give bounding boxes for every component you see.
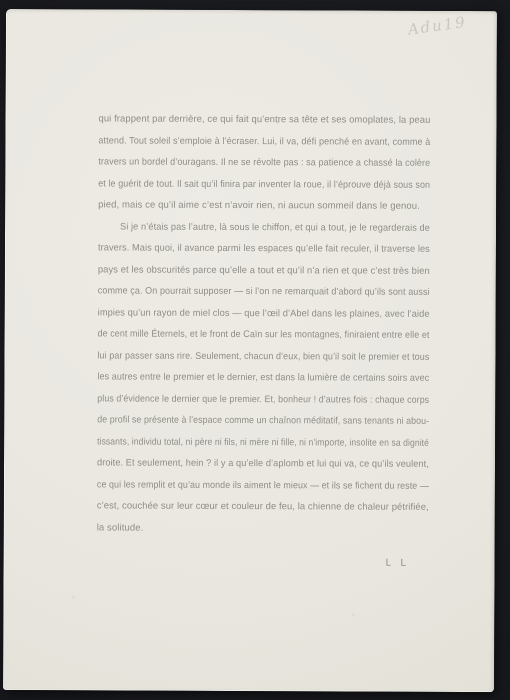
text-line: plus d’évidence le dernier que le premie… xyxy=(97,388,429,411)
text-line: lui par passer sans rire. Seulement, cha… xyxy=(97,345,429,368)
text-line: pays et les obscurités parce qu’elle a t… xyxy=(98,259,430,282)
text-line: impies qu’un rayon de miel clos — que l’… xyxy=(98,302,430,325)
text-line: travers un bordel d’ouragans. Il ne se r… xyxy=(98,151,430,174)
text-line: la solitude. xyxy=(97,517,429,540)
handwritten-annotation: Adu19 xyxy=(407,13,468,39)
text-line: de cent mille Éternels, et le front de C… xyxy=(98,323,430,346)
text-line: pied, mais ce qu’il aime c’est n’avoir r… xyxy=(98,194,430,217)
text-line: Si je n’étais pas l’autre, là sous le ch… xyxy=(98,216,430,239)
text-line: comme ça. On pourrait supposer — si l’on… xyxy=(98,280,430,303)
signature-initials: L L xyxy=(386,558,407,569)
text-line: travers. Mais quoi, il avance parmi les … xyxy=(98,237,430,260)
text-line: attend. Tout soleil s’emploie à l’écrase… xyxy=(98,130,430,153)
text-line: qui frappent par derrière, ce qui fait q… xyxy=(98,108,430,131)
text-line: ce qui les remplit et qu’au monde ils ai… xyxy=(97,474,429,497)
text-line: tissants, individu total, ni père ni fil… xyxy=(97,431,429,454)
text-line: et le guérit de tout. Il sait qu’il fini… xyxy=(98,173,430,196)
text-line: les autres entre le premier et le dernie… xyxy=(97,366,429,389)
text-block: qui frappent par derrière, ce qui fait q… xyxy=(97,108,431,539)
text-line: de profil se présente à l’espace comme u… xyxy=(97,409,429,432)
photo-background: Adu19 qui frappent par derrière, ce qui … xyxy=(0,0,510,700)
book-page: Adu19 qui frappent par derrière, ce qui … xyxy=(3,9,497,692)
text-line: c’est, couchée sur leur cœur et couleur … xyxy=(97,495,429,518)
text-line: droite. Et seulement, hein ? il y a qu’e… xyxy=(97,452,429,475)
